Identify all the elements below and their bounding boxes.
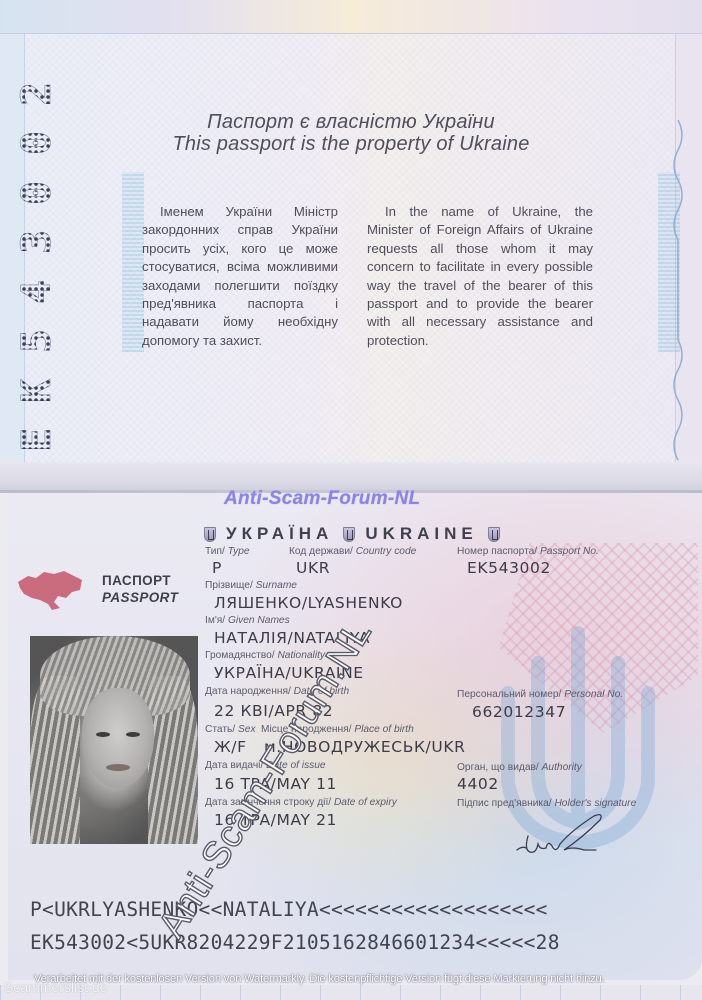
document-title-uk: ПАСПОРТ bbox=[102, 572, 178, 589]
nationality-label: Громадянство/ Nationality bbox=[205, 650, 325, 661]
holder-signature-label: Підпис пред'явника/ Holder's signature bbox=[457, 798, 636, 809]
holder-photo bbox=[30, 636, 198, 844]
holder-signature-icon bbox=[512, 810, 612, 860]
given-names-label: Ім'я/ Given Names bbox=[205, 615, 290, 626]
perforated-char: 3 bbox=[15, 230, 59, 254]
coat-of-arms-icon bbox=[488, 527, 500, 542]
surname-label: Прізвище/ Surname bbox=[205, 580, 297, 591]
perforated-char: 4 bbox=[15, 280, 59, 304]
security-strip-left bbox=[122, 172, 144, 352]
request-paragraph-uk: Іменем України Міністр закордонних справ… bbox=[142, 203, 338, 350]
country-name-uk: УКРАЇНА bbox=[226, 524, 333, 544]
photo-lips bbox=[106, 764, 130, 771]
sex-value: Ж/F bbox=[214, 738, 247, 756]
type-value: P bbox=[212, 559, 222, 577]
passport-no-label: Номер паспорта/ Passport No. bbox=[457, 546, 599, 557]
mrz-line-2: EK543002<5UKR8204229F2105162846601234<<<… bbox=[30, 931, 560, 954]
country-code-label: Код держави/ Country code bbox=[289, 546, 416, 557]
request-paragraph-en: In the name of Ukraine, the Minister of … bbox=[367, 203, 593, 350]
mrz-line-1: P<UKRLYASHENKO<<NATALIYA<<<<<<<<<<<<<<<<… bbox=[30, 898, 548, 921]
personal-no-label: Персональний номер/ Personal No. bbox=[457, 689, 623, 700]
passport-no-value: EK543002 bbox=[467, 559, 551, 577]
perforated-char: E bbox=[15, 428, 59, 452]
country-code-value: UKR bbox=[296, 559, 330, 577]
request-text-en: In the name of Ukraine, the Minister of … bbox=[367, 204, 593, 348]
authority-label: Орган, що видав/ Authority bbox=[457, 762, 582, 773]
country-header: УКРАЇНА UKRAINE bbox=[204, 524, 500, 544]
coat-of-arms-icon bbox=[343, 527, 355, 542]
property-statement-en: This passport is the property of Ukraine bbox=[0, 133, 702, 156]
perforated-char: 0 bbox=[15, 181, 59, 205]
passport-inner-cover-page: 2 0 0 3 4 5 K E Паспорт є власністю Укра… bbox=[0, 0, 702, 492]
authority-value: 4402 bbox=[457, 775, 499, 793]
document-title: ПАСПОРТ PASSPORT bbox=[102, 572, 178, 606]
document-title-en: PASSPORT bbox=[102, 589, 178, 606]
wavy-border-icon bbox=[668, 120, 688, 460]
header-watermark: Anti-Scam-Forum-NL bbox=[224, 488, 420, 510]
perforated-char: 2 bbox=[15, 82, 59, 106]
property-statement-uk: Паспорт є власністю України bbox=[0, 111, 702, 134]
sex-label: Стать/ Sex bbox=[205, 724, 256, 735]
personal-no-value: 662012347 bbox=[472, 703, 566, 721]
footer-watermark-notice: Verarbeitet mit der kostenlosen Version … bbox=[34, 973, 604, 985]
ukraine-map-icon bbox=[14, 568, 86, 614]
request-text-uk: Іменем України Міністр закордонних справ… bbox=[142, 204, 338, 348]
coat-of-arms-icon bbox=[204, 527, 216, 542]
photo-eye bbox=[96, 732, 110, 737]
type-label: Тип/ Type bbox=[205, 546, 250, 557]
country-name-en: UKRAINE bbox=[365, 524, 477, 544]
photo-face bbox=[82, 688, 154, 788]
perforated-char: 5 bbox=[15, 329, 59, 353]
photo-eye bbox=[126, 732, 140, 737]
top-security-band bbox=[0, 0, 702, 34]
perforated-char: K bbox=[15, 378, 59, 402]
